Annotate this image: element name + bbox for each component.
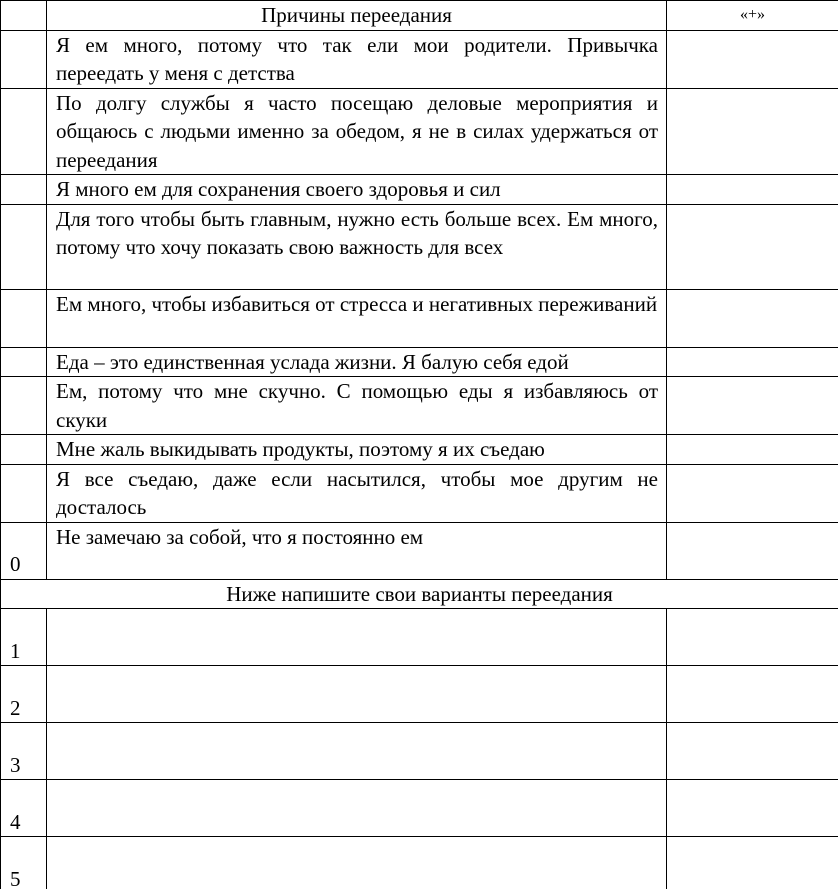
custom-reason-input[interactable] xyxy=(47,609,667,666)
row-number xyxy=(1,377,47,435)
table-row: Я ем много, потому что так ели мои родит… xyxy=(1,30,838,88)
row-number xyxy=(1,289,47,347)
reason-text: Я ем много, потому что так ели мои родит… xyxy=(47,30,667,88)
mark-cell[interactable] xyxy=(667,289,838,347)
custom-row: 4 xyxy=(1,780,838,837)
reason-text: По долгу службы я часто посещаю деловые … xyxy=(47,88,667,175)
row-number xyxy=(1,30,47,88)
row-number: 3 xyxy=(1,723,47,780)
mark-cell[interactable] xyxy=(667,30,838,88)
reason-text: Еда – это единственная услада жизни. Я б… xyxy=(47,347,667,377)
mark-cell[interactable] xyxy=(667,609,838,666)
mark-cell[interactable] xyxy=(667,88,838,175)
table-row: Ем много, чтобы избавиться от стресса и … xyxy=(1,289,838,347)
custom-section-title: Ниже напишите свои варианты переедания xyxy=(1,579,838,609)
table-row: Еда – это единственная услада жизни. Я б… xyxy=(1,347,838,377)
header-number-cell xyxy=(1,1,47,31)
reason-text: Для того чтобы быть главным, нужно есть … xyxy=(47,204,667,289)
reason-text: Я все съедаю, даже если насытился, чтобы… xyxy=(47,464,667,522)
custom-row: 5 xyxy=(1,837,838,889)
mark-cell[interactable] xyxy=(667,347,838,377)
reason-text: Не замечаю за собой, что я постоянно ем xyxy=(47,522,667,579)
custom-reason-input[interactable] xyxy=(47,780,667,837)
reason-text: Я много ем для сохранения своего здоровь… xyxy=(47,175,667,205)
mark-cell[interactable] xyxy=(667,435,838,465)
table-row: Я много ем для сохранения своего здоровь… xyxy=(1,175,838,205)
mark-cell[interactable] xyxy=(667,723,838,780)
mark-cell[interactable] xyxy=(667,780,838,837)
row-number: 2 xyxy=(1,666,47,723)
mark-cell[interactable] xyxy=(667,666,838,723)
header-title: Причины переедания xyxy=(47,1,667,31)
table-row: 0 Не замечаю за собой, что я постоянно е… xyxy=(1,522,838,579)
row-number xyxy=(1,464,47,522)
row-number xyxy=(1,435,47,465)
custom-reason-input[interactable] xyxy=(47,723,667,780)
custom-reason-input[interactable] xyxy=(47,666,667,723)
mark-cell[interactable] xyxy=(667,377,838,435)
row-number xyxy=(1,88,47,175)
row-number: 4 xyxy=(1,780,47,837)
header-row: Причины переедания «+» xyxy=(1,1,838,31)
custom-reason-input[interactable] xyxy=(47,837,667,889)
table-row: Я все съедаю, даже если насытился, чтобы… xyxy=(1,464,838,522)
row-number xyxy=(1,347,47,377)
row-number xyxy=(1,175,47,205)
reason-text: Ем, потому что мне скучно. С помощью еды… xyxy=(47,377,667,435)
mark-cell[interactable] xyxy=(667,522,838,579)
row-number: 5 xyxy=(1,837,47,889)
header-mark-label: «+» xyxy=(667,1,838,31)
row-number xyxy=(1,204,47,289)
mark-cell[interactable] xyxy=(667,837,838,889)
custom-row: 1 xyxy=(1,609,838,666)
custom-row: 2 xyxy=(1,666,838,723)
table-row: Для того чтобы быть главным, нужно есть … xyxy=(1,204,838,289)
overeating-reasons-table: Причины переедания «+» Я ем много, потом… xyxy=(0,0,838,889)
reason-text: Ем много, чтобы избавиться от стресса и … xyxy=(47,289,667,347)
table-row: Мне жаль выкидывать продукты, поэтому я … xyxy=(1,435,838,465)
mark-cell[interactable] xyxy=(667,175,838,205)
table-row: По долгу службы я часто посещаю деловые … xyxy=(1,88,838,175)
custom-row: 3 xyxy=(1,723,838,780)
table-row: Ем, потому что мне скучно. С помощью еды… xyxy=(1,377,838,435)
row-number: 0 xyxy=(1,522,47,579)
row-number: 1 xyxy=(1,609,47,666)
reason-text: Мне жаль выкидывать продукты, поэтому я … xyxy=(47,435,667,465)
mark-cell[interactable] xyxy=(667,464,838,522)
custom-section-header-row: Ниже напишите свои варианты переедания xyxy=(1,579,838,609)
mark-cell[interactable] xyxy=(667,204,838,289)
